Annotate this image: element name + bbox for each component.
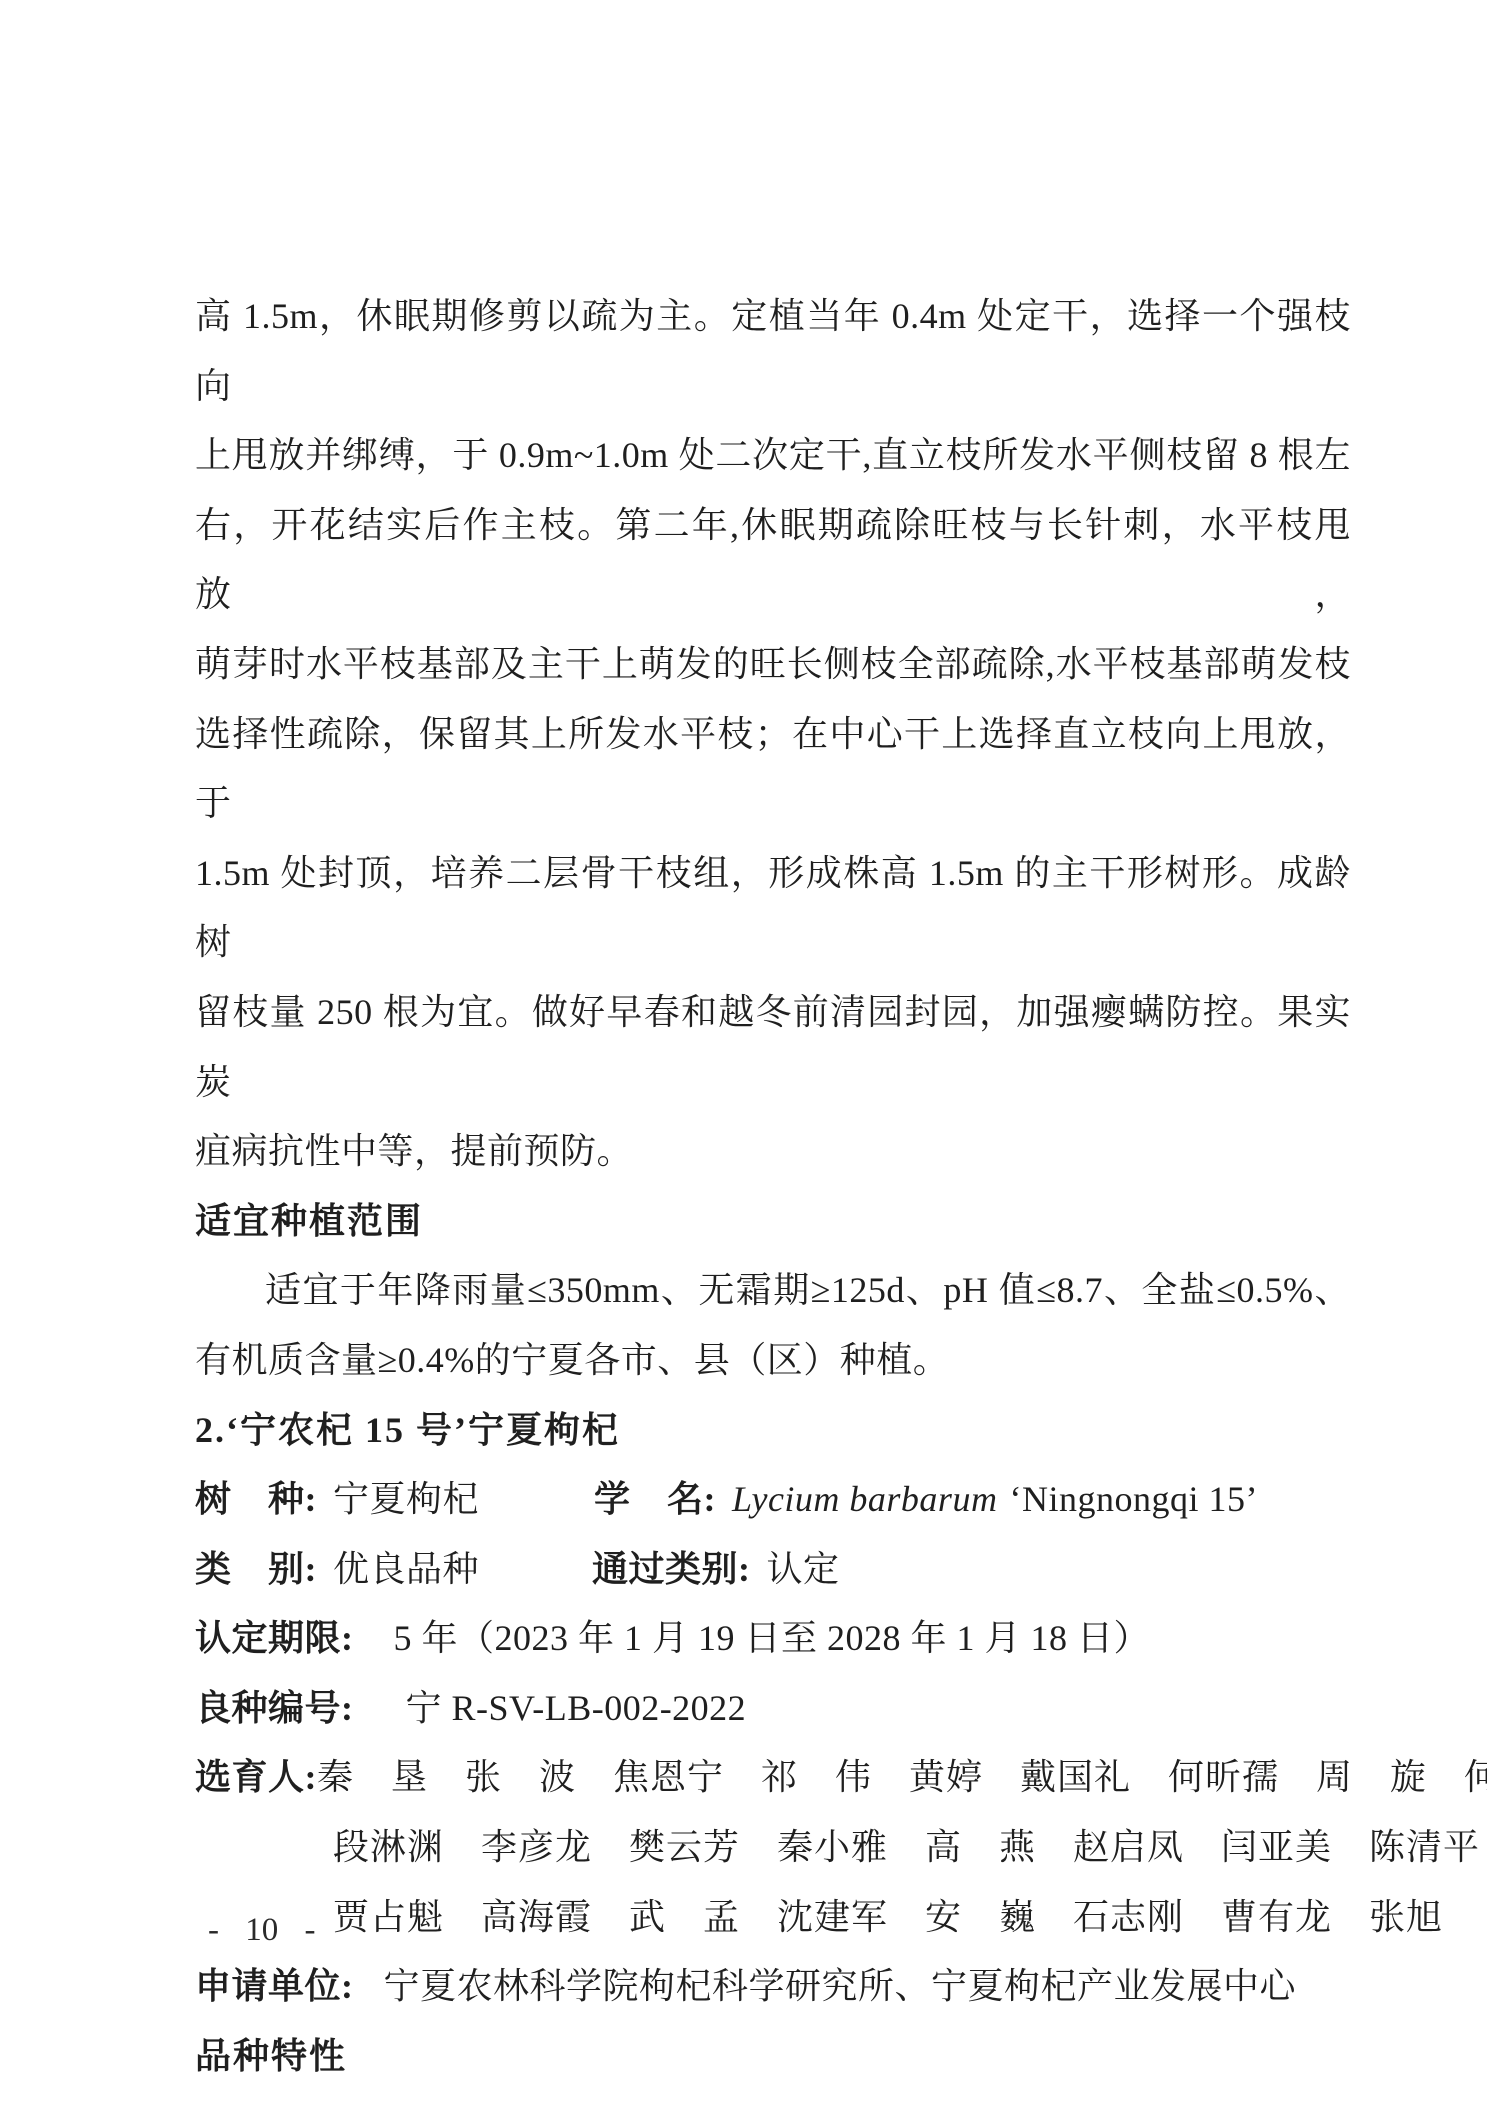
category-label: 类 别: <box>195 1549 317 1589</box>
approval-type-value: 认定 <box>767 1549 840 1589</box>
certification-period-value: 5 年（2023 年 1 月 19 日至 2028 年 1 月 18 日） <box>394 1618 1151 1658</box>
tree-species-label: 树 种: <box>195 1479 317 1519</box>
breeders-names-row1: 秦 垦 张 波 焦恩宁 祁 伟 黄婷 戴国礼 何昕孺 周 旋 何 军 <box>317 1757 1487 1797</box>
applicant-value: 宁夏农林科学院枸杞科学研究所、宁夏枸杞产业发展中心 <box>384 1966 1297 2006</box>
document-page: 高 1.5m，休眠期修剪以疏为主。定植当年 0.4m 处定干，选择一个强枝向 上… <box>0 0 1487 2102</box>
field-line-applicant: 申请单位:宁夏农林科学院枸杞科学研究所、宁夏枸杞产业发展中心 <box>195 1952 1351 2022</box>
breeders-names-row2: 段淋渊 李彦龙 樊云芳 秦小雅 高 燕 赵启凤 闫亚美 陈清平 <box>195 1813 1351 1883</box>
page-number: - 10 - <box>208 1906 315 1954</box>
paragraph-line: 萌芽时水平枝基部及主干上萌发的旺长侧枝全部疏除,水平枝基部萌发枝 <box>195 630 1351 700</box>
tree-species-value: 宁夏枸杞 <box>333 1479 479 1519</box>
latin-name-italic: Lycium barbarum <box>732 1479 997 1519</box>
field-line-category: 类 别:优良品种通过类别:认定 <box>195 1535 1351 1605</box>
field-line-tree-latin: 树 种:宁夏枸杞学 名:Lycium barbarum‘Ningnongqi 1… <box>195 1465 1351 1535</box>
category-value: 优良品种 <box>333 1549 479 1589</box>
variety-heading: 2.‘宁农杞 15 号’宁夏枸杞 <box>195 1396 1351 1466</box>
page-body: 高 1.5m，休眠期修剪以疏为主。定植当年 0.4m 处定干，选择一个强枝向 上… <box>195 282 1351 2091</box>
paragraph-line: 疽病抗性中等，提前预防。 <box>195 1117 1351 1187</box>
paragraph-line: 1.5m 处封顶，培养二层骨干枝组，形成株高 1.5m 的主干形树形。成龄树 <box>195 839 1351 978</box>
planting-range-line: 有机质含量≥0.4%的宁夏各市、县（区）种植。 <box>195 1326 1351 1396</box>
field-line-period: 认定期限:5 年（2023 年 1 月 19 日至 2028 年 1 月 18 … <box>195 1604 1351 1674</box>
latin-name-cultivar: ‘Ningnongqi 15’ <box>1009 1479 1257 1519</box>
variety-code-value: 宁 R-SV-LB-002-2022 <box>406 1688 747 1728</box>
paragraph-line: 上甩放并绑缚，于 0.9m~1.0m 处二次定干,直立枝所发水平侧枝留 8 根左 <box>195 421 1351 491</box>
latin-name-label: 学 名: <box>594 1479 716 1519</box>
planting-range-line: 适宜于年降雨量≤350mm、无霜期≥125d、pH 值≤8.7、全盐≤0.5%、 <box>195 1256 1351 1326</box>
approval-type-label: 通过类别: <box>592 1549 751 1589</box>
variety-code-label: 良种编号: <box>195 1688 354 1728</box>
paragraph-line: 高 1.5m，休眠期修剪以疏为主。定植当年 0.4m 处定干，选择一个强枝向 <box>195 282 1351 421</box>
breeders-names-row3: 贾占魁 高海霞 武 孟 沈建军 安 巍 石志刚 曹有龙 张旭 <box>195 1883 1351 1953</box>
paragraph-line: 右，开花结实后作主枝。第二年,休眠期疏除旺枝与长针刺，水平枝甩放， <box>195 491 1351 630</box>
certification-period-label: 认定期限: <box>195 1618 354 1658</box>
field-line-breeders: 选育人:秦 垦 张 波 焦恩宁 祁 伟 黄婷 戴国礼 何昕孺 周 旋 何 军 <box>195 1743 1351 1813</box>
applicant-label: 申请单位: <box>195 1966 354 2006</box>
section-heading-variety-traits: 品种特性 <box>195 2022 1351 2092</box>
section-heading-planting-range: 适宜种植范围 <box>195 1187 1351 1257</box>
paragraph-line: 留枝量 250 根为宜。做好早春和越冬前清园封园，加强瘿螨防控。果实炭 <box>195 978 1351 1117</box>
field-line-code: 良种编号:宁 R-SV-LB-002-2022 <box>195 1674 1351 1744</box>
breeders-label: 选育人: <box>195 1757 317 1797</box>
paragraph-line: 选择性疏除，保留其上所发水平枝；在中心干上选择直立枝向上甩放，于 <box>195 700 1351 839</box>
